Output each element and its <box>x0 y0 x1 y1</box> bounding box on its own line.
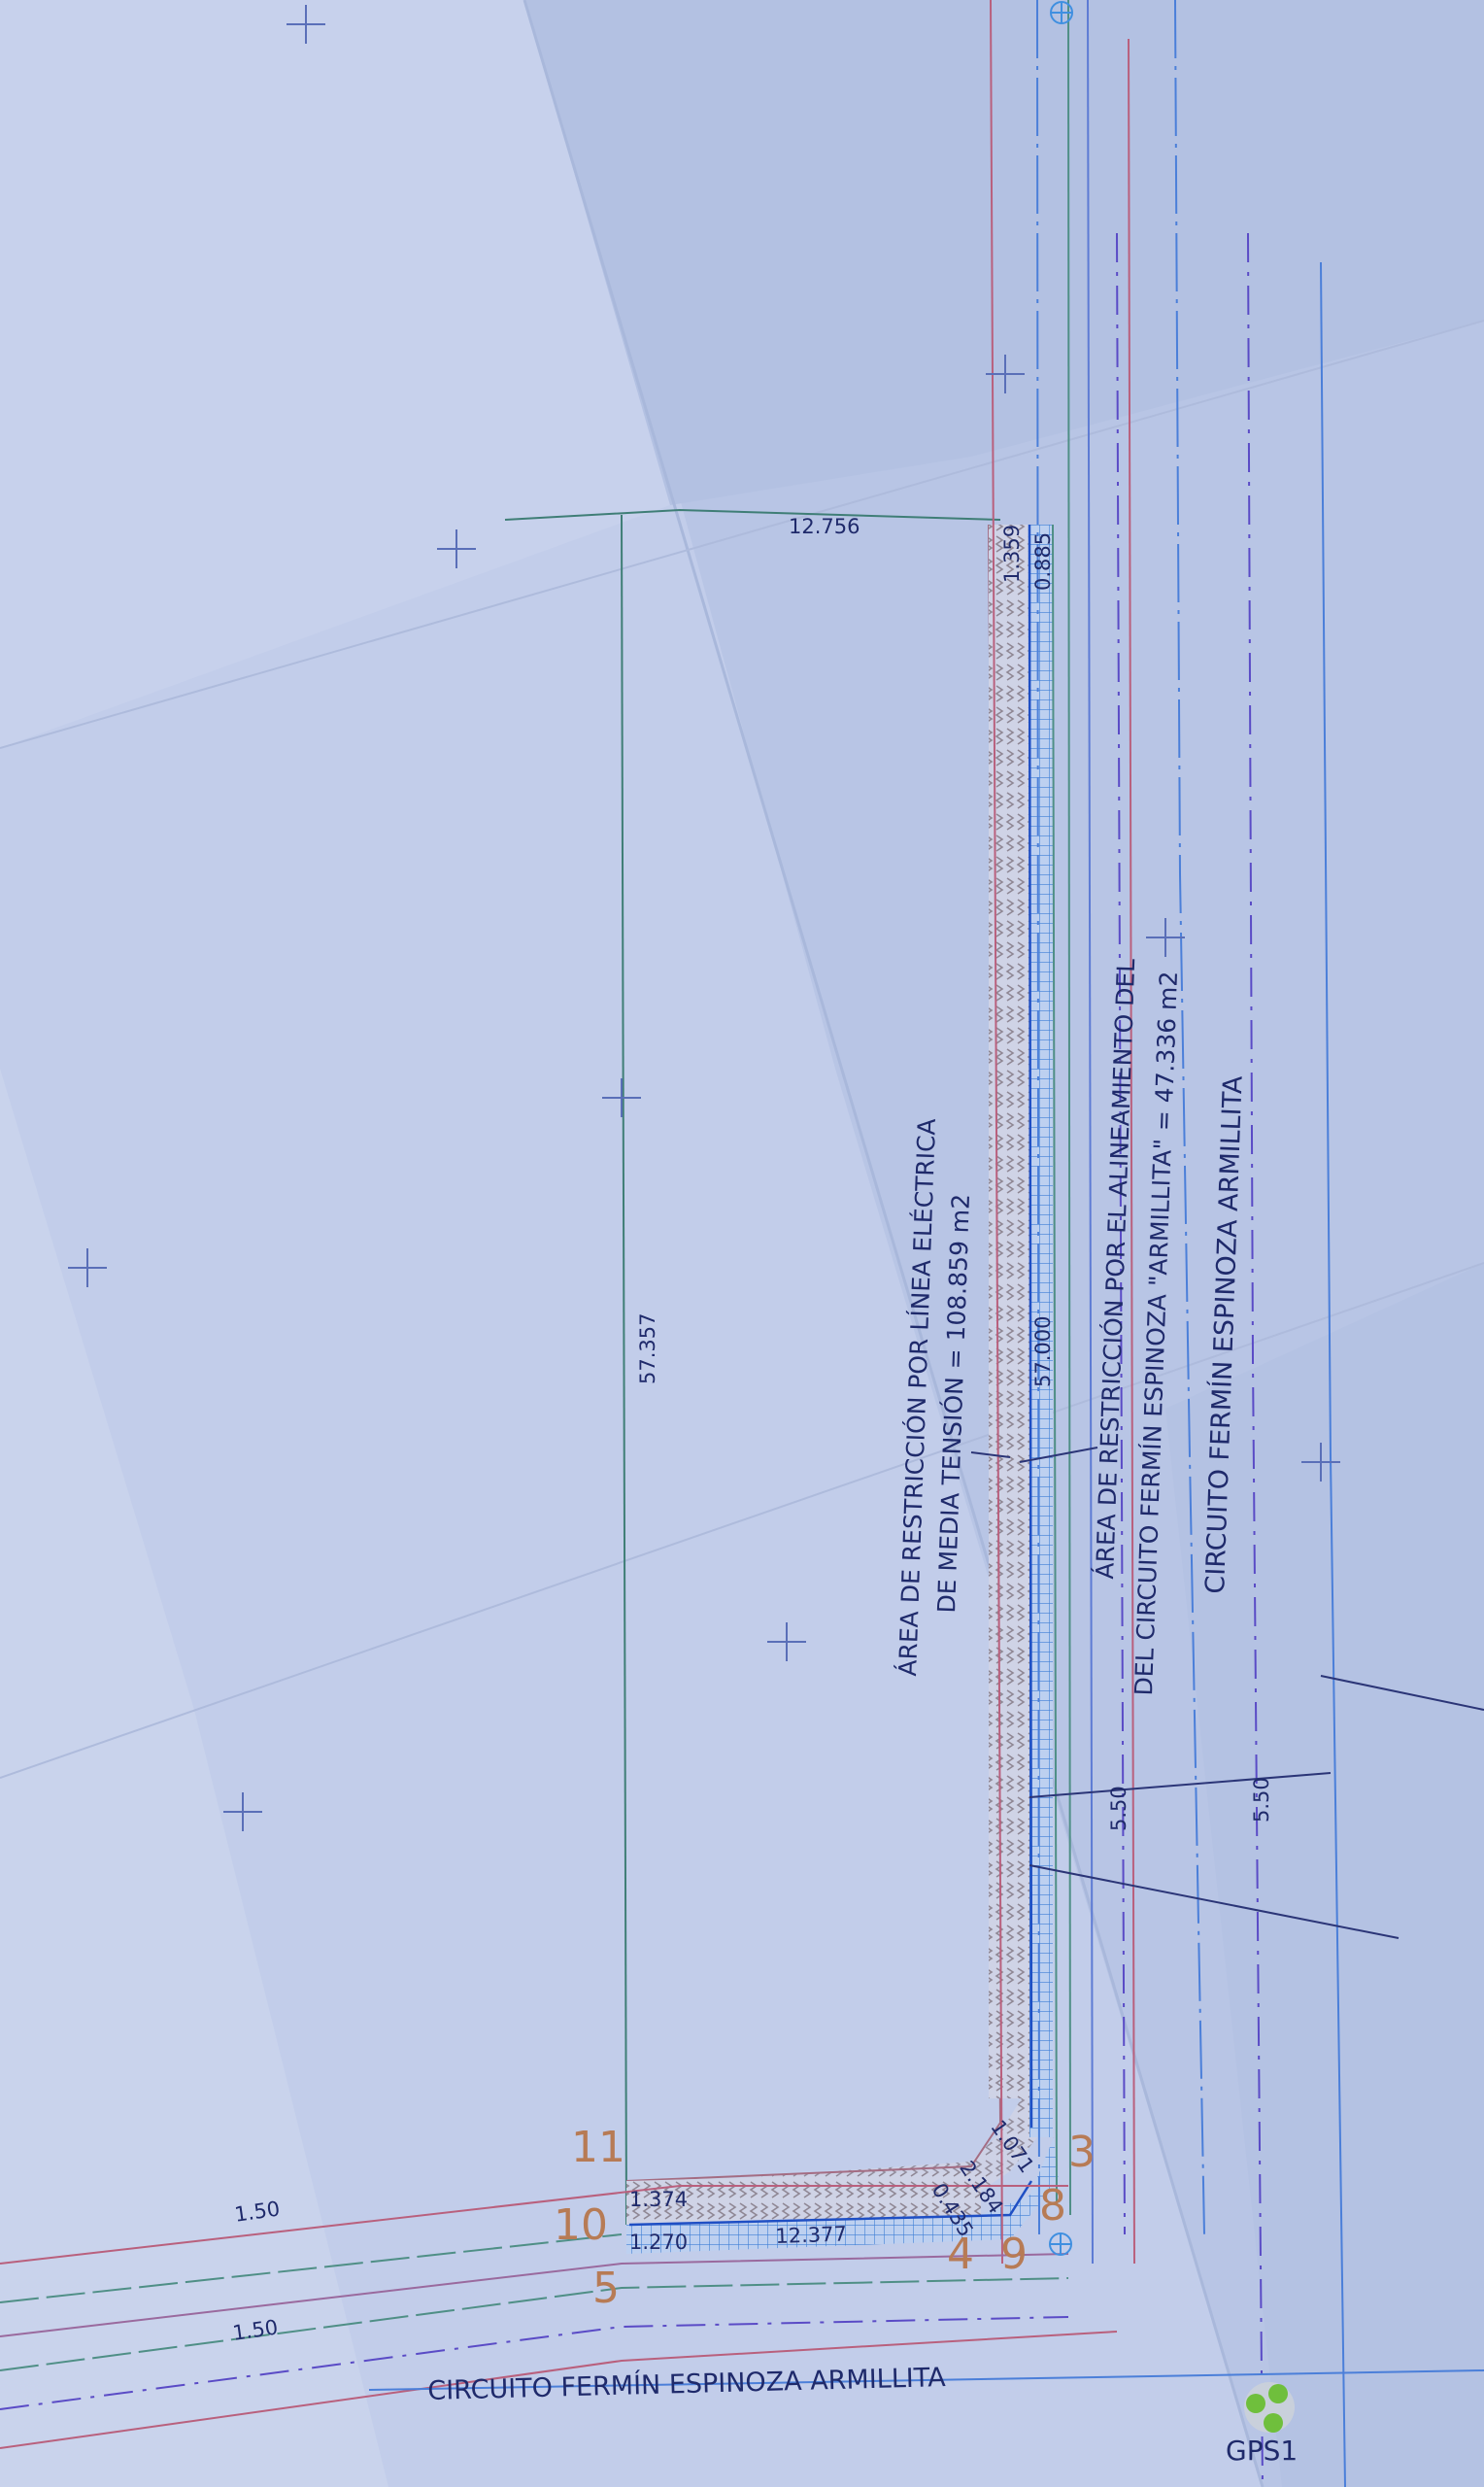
dim-bottom-length: 12.377 <box>775 2222 847 2248</box>
point-10: 10 <box>554 2200 608 2250</box>
dim-top-strip-a: 1.359 <box>1000 525 1024 583</box>
dim-top-strip-b: 0.885 <box>1031 532 1055 591</box>
gps-label: GPS1 <box>1226 2435 1298 2467</box>
dim-top-width: 12.756 <box>789 515 860 538</box>
point-11: 11 <box>571 2123 625 2172</box>
gps-station-icon <box>1244 2382 1295 2433</box>
site-plan-drawing <box>0 0 1484 2487</box>
dim-strip-length: 57.000 <box>1031 1316 1055 1387</box>
dim-bottom-strip-b: 1.270 <box>629 2231 688 2254</box>
dim-road-width-2: 5.50 <box>1250 1777 1273 1823</box>
dim-bottom-strip-a: 1.374 <box>629 2188 688 2211</box>
point-4: 4 <box>947 2230 974 2279</box>
point-9: 9 <box>1000 2230 1028 2279</box>
dim-left-length: 57.357 <box>636 1313 659 1384</box>
point-5: 5 <box>592 2264 620 2313</box>
point-3: 3 <box>1068 2128 1096 2177</box>
point-8: 8 <box>1039 2181 1066 2231</box>
dim-road-width-1: 5.50 <box>1107 1786 1130 1831</box>
